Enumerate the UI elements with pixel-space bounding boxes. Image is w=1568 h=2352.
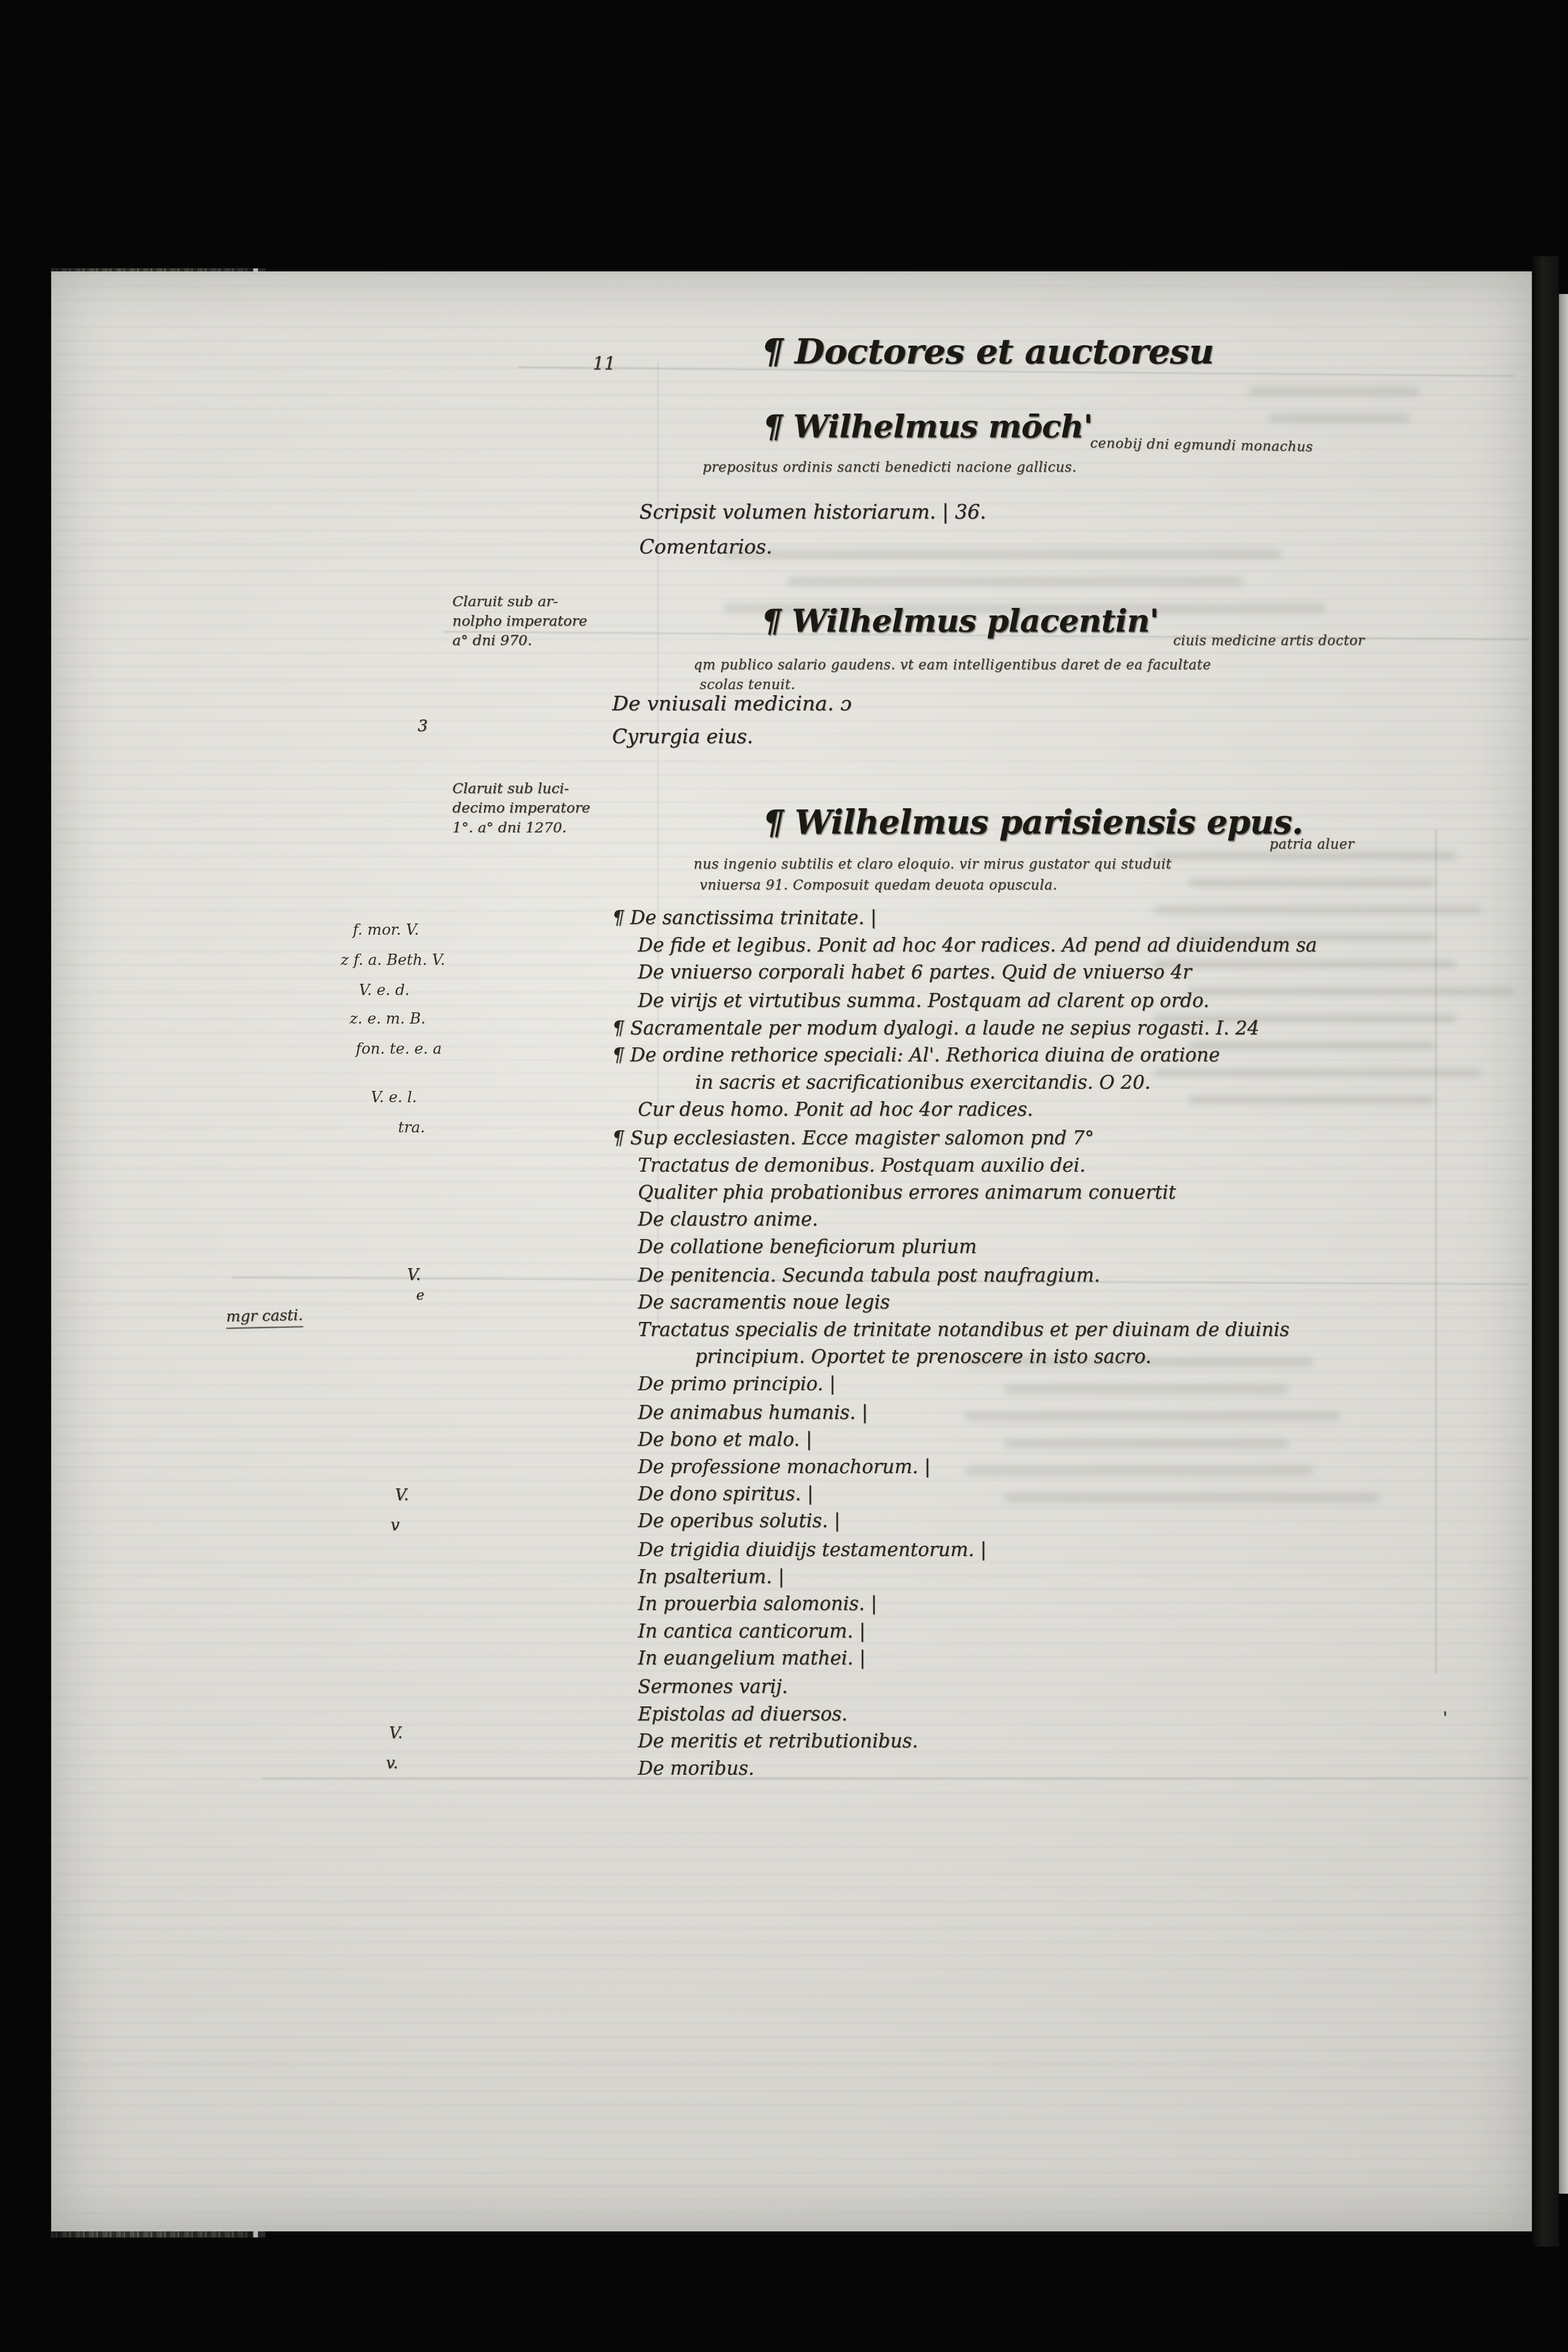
manuscript-photo: 11 ¶ Doctores et auctoresu ¶ Wilhelmus m… <box>0 0 1568 2352</box>
entry1-work-line: Comentarios. <box>639 537 772 559</box>
work-title-line: De professione monachorum. | <box>612 1453 1317 1481</box>
work-title-line: De animabus humanis. | <box>612 1398 1317 1426</box>
margin-siglum: V. e. l. <box>371 1084 445 1114</box>
work-title-line: Epistolas ad diuersos. <box>612 1700 1317 1728</box>
margin-siglum: z f. a. Beth. V. <box>341 947 445 976</box>
work-title-line: De primo principio. | <box>612 1371 1317 1398</box>
entry2-work-line: Cyrurgia eius. <box>612 727 753 750</box>
work-title-line: De virijs et virtutibus summa. Postquam … <box>612 987 1317 1014</box>
margin-note-line: 1°. a° dni 1270. <box>452 818 590 838</box>
margin-siglum: z. e. m. B. <box>350 1006 445 1036</box>
margin-mark: v <box>390 1517 400 1535</box>
entry1-subnote: prepositus ordinis sancti benedicti naci… <box>703 461 1077 477</box>
entry1-work-line: Scripsit volumen historiarum. | 36. <box>639 502 986 524</box>
margin-mark: v. <box>386 1755 398 1773</box>
work-title-line: De meritis et retributionibus. <box>612 1728 1317 1755</box>
entry2-margin-note: Claruit sub luci-decimo imperatore1°. a°… <box>452 780 590 838</box>
work-title-line: Qualiter phia probationibus errores anim… <box>612 1179 1317 1207</box>
work-title-line: In euangelium mathei. | <box>612 1646 1317 1673</box>
work-title-line: De dono spiritus. | <box>612 1481 1317 1508</box>
work-title-line: De bono et malo. | <box>612 1426 1317 1453</box>
margin-annotation: mgr casti. <box>226 1308 303 1329</box>
margin-note-line: a° dni 970. <box>452 632 587 651</box>
entry2-subnote: qm publico salario gaudens. vt eam intel… <box>694 659 1211 674</box>
work-title-line: Cur deus homo. Ponit ad hoc 4or radices. <box>612 1097 1317 1124</box>
margin-mark: V. <box>407 1266 421 1285</box>
photo-frame: 11 ¶ Doctores et auctoresu ¶ Wilhelmus m… <box>0 0 1568 2352</box>
ruling-line <box>1436 829 1437 1674</box>
work-title-line: De sacramentis noue legis <box>612 1289 1317 1317</box>
margin-mark: e <box>416 1289 424 1304</box>
margin-mark: ' <box>1443 1710 1447 1728</box>
bleedthrough-text <box>1248 368 1444 442</box>
entry2-work-line: De vniusali medicina. ɔ <box>612 692 852 716</box>
work-title-line: In psalterium. | <box>612 1563 1317 1591</box>
works-list: ¶ De sanctissima trinitate. |De fide et … <box>612 905 1317 1783</box>
work-title-line: ¶ Sacramentale per modum dyalogi. a laud… <box>612 1014 1317 1042</box>
margin-mark: V. <box>389 1725 402 1743</box>
margin-note-line: Claruit sub ar- <box>452 592 587 612</box>
margin-siglum: fon. te. e. a <box>356 1036 445 1066</box>
page-gutter-shadow <box>1532 256 1559 2246</box>
entry3-heading: ¶ Wilhelmus parisiensis epus. <box>763 803 1303 843</box>
margin-note-line: decimo imperatore <box>452 799 590 818</box>
entry2-subnote: scolas tenuit. <box>699 678 795 694</box>
margin-mark: V. <box>395 1487 409 1505</box>
margin-sigla-column: f. mor. V.z f. a. Beth. V.V. e. d.z. e. … <box>353 916 445 1144</box>
page-title: ¶ Doctores et auctoresu <box>761 332 1214 373</box>
entry2-heading-note: ciuis medicine artis doctor <box>1173 635 1364 650</box>
work-title-line: ¶ De ordine rethorice speciali: Al'. Ret… <box>612 1042 1317 1069</box>
work-title-line: Tractatus specialis de trinitate notandi… <box>612 1317 1317 1344</box>
work-title-line: De claustro anime. <box>612 1207 1317 1234</box>
work-title-line: ¶ Sup ecclesiasten. Ecce magister salomo… <box>612 1124 1317 1152</box>
work-title-line: In cantica canticorum. | <box>612 1618 1317 1646</box>
margin-note-line: Claruit sub luci- <box>452 780 590 799</box>
work-title-line: In prouerbia salomonis. | <box>612 1591 1317 1618</box>
margin-siglum: f. mor. V. <box>353 916 445 946</box>
work-title-line: De vniuerso corporali habet 6 partes. Qu… <box>612 960 1317 987</box>
entry3-heading-note: patria aluer <box>1270 838 1354 853</box>
work-title-line: Tractatus de demonibus. Postquam auxilio… <box>612 1152 1317 1179</box>
entry1-heading: ¶ Wilhelmus mōch' <box>763 407 1093 445</box>
work-title-line: principium. Oportet te prenoscere in ist… <box>612 1344 1317 1371</box>
work-title-line: De moribus. <box>612 1755 1317 1783</box>
work-title-line: De collatione beneficiorum plurium <box>612 1234 1317 1262</box>
margin-note-line: nolpho imperatore <box>452 612 587 632</box>
work-title-line: ¶ De sanctissima trinitate. | <box>612 905 1317 932</box>
entry3-subnote: vniuersa 91. Composuit quedam deuota opu… <box>699 879 1057 894</box>
margin-siglum: V. e. d. <box>359 976 445 1006</box>
entry2-heading: ¶ Wilhelmus placentin' <box>761 601 1159 639</box>
work-title-line: De fide et legibus. Ponit ad hoc 4or rad… <box>612 932 1317 960</box>
work-title-line: Sermones varij. <box>612 1673 1317 1700</box>
folio-number: 11 <box>592 353 615 374</box>
entry3-subnote: nus ingenio subtilis et claro eloquio. v… <box>694 858 1172 873</box>
margin-siglum: tra. <box>398 1114 445 1144</box>
facing-page-edge <box>1559 294 1568 2194</box>
work-title-line: De trigidia diuidijs testamentorum. | <box>612 1536 1317 1563</box>
work-title-line: De operibus solutis. | <box>612 1508 1317 1536</box>
margin-mark: 3 <box>418 718 428 736</box>
work-title-line: De penitencia. Secunda tabula post naufr… <box>612 1262 1317 1289</box>
work-title-line: in sacris et sacrificationibus exercitan… <box>612 1069 1317 1097</box>
entry1-margin-note: Claruit sub ar-nolpho imperatorea° dni 9… <box>452 592 587 651</box>
